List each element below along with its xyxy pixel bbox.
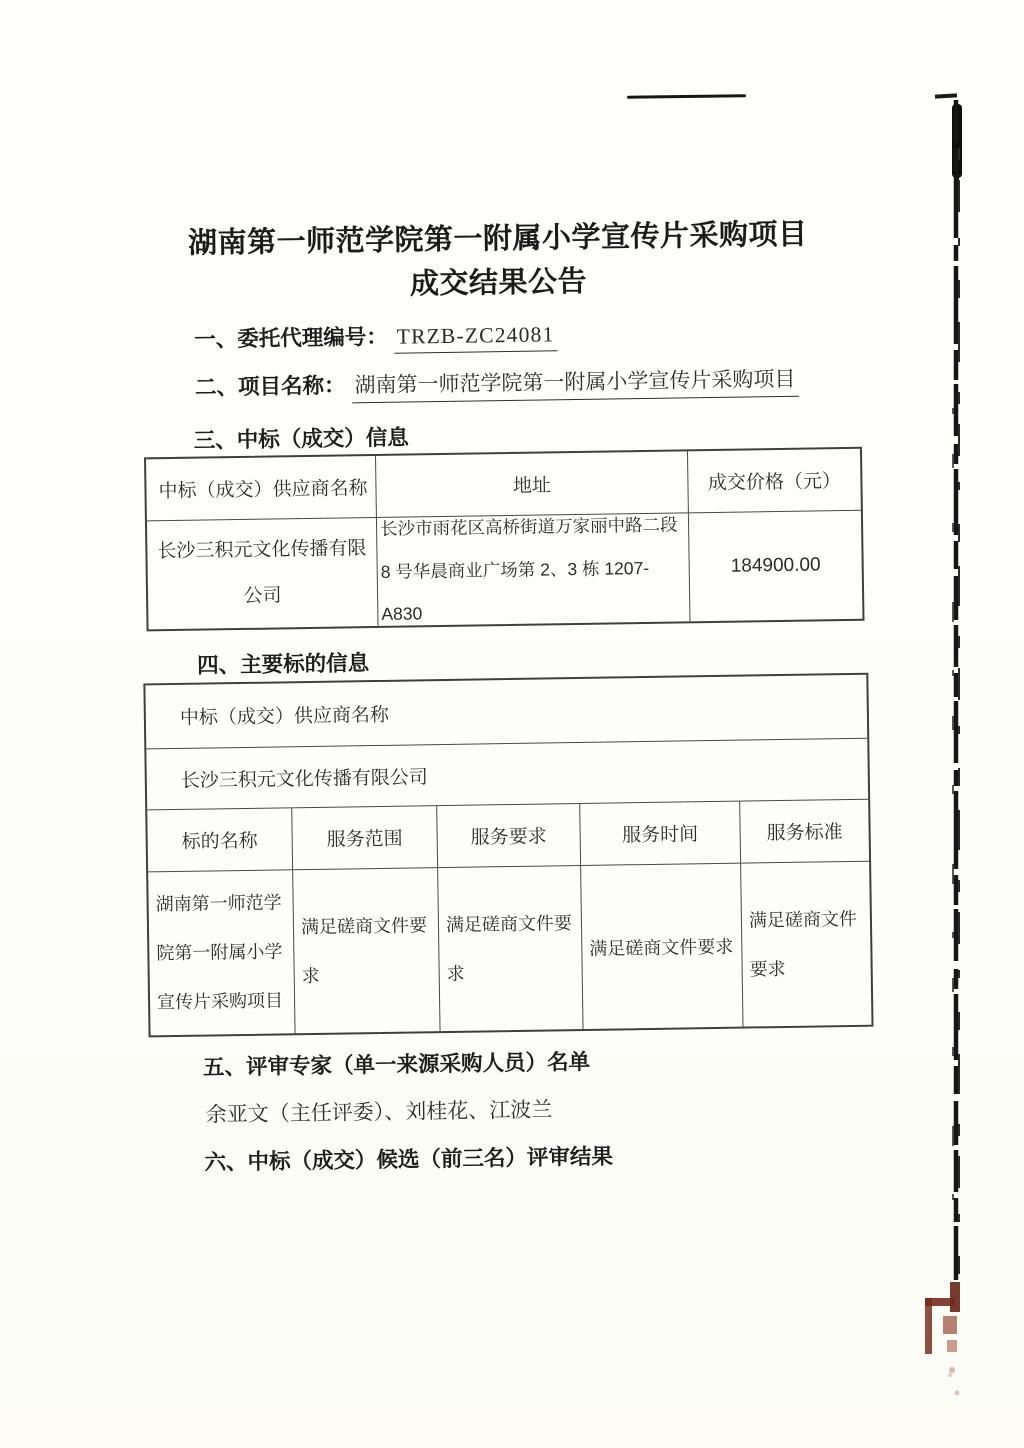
document-content: 湖南第一师范学院第一附属小学宣传片采购项目 成交结果公告 一、委托代理编号： T… (0, 0, 1024, 1448)
award-table: 中标（成交）供应商名称 地址 成交价格（元） 长沙三积元文化传播有限 公司 长沙… (144, 447, 865, 632)
agency-code-value: TRZB-ZC24081 (394, 322, 558, 353)
project-name-label: 二、项目名称： (195, 368, 346, 401)
subject-cell-time: 满足磋商文件要求 (581, 864, 743, 1029)
subject-info-heading: 四、主要标的信息 (197, 646, 369, 680)
award-cell-price: 184900.00 (689, 511, 863, 622)
subject-header-time: 服务时间 (580, 802, 741, 866)
subject-header-name: 标的名称 (147, 808, 293, 872)
subject-supplier-value: 长沙三积元文化传播有限公司 (146, 739, 868, 811)
project-name-value: 湖南第一师范学院第一附属小学宣传片采购项目 (351, 363, 798, 404)
experts-heading: 五、评审专家（单一来源采购人员）名单 (203, 1045, 590, 1082)
subject-cell-requirement: 满足磋商文件要 求 (438, 866, 583, 1031)
subject-table: 中标（成交）供应商名称 长沙三积元文化传播有限公司 标的名称 服务范围 服务要求… (143, 673, 873, 1038)
section-project-name: 二、项目名称： 湖南第一师范学院第一附属小学宣传片采购项目 (195, 362, 799, 406)
agency-code-label: 一、委托代理编号： (194, 320, 388, 354)
subject-header-requirement: 服务要求 (437, 804, 581, 868)
award-header-supplier: 中标（成交）供应商名称 (146, 456, 377, 521)
award-header-address: 地址 (376, 451, 689, 518)
award-info-heading: 三、中标（成交）信息 (194, 421, 409, 455)
scan-binding-edge-artifact (905, 88, 1005, 1408)
subject-cell-scope: 满足磋商文件要 求 (293, 868, 440, 1033)
scanned-page: 湖南第一师范学院第一附属小学宣传片采购项目 成交结果公告 一、委托代理编号： T… (0, 0, 1024, 1448)
subject-header-standard: 服务标准 (740, 800, 869, 864)
award-cell-supplier: 长沙三积元文化传播有限 公司 (147, 518, 379, 629)
subject-cell-name: 湖南第一师范学 院第一附属小学 宣传片采购项目 (148, 870, 295, 1035)
subject-supplier-label: 中标（成交）供应商名称 (145, 675, 867, 750)
candidates-heading: 六、中标（成交）候选（前三名）评审结果 (204, 1140, 613, 1177)
subject-cell-standard: 满足磋商文件 要求 (741, 862, 871, 1027)
experts-names: 余亚文（主任评委）、刘桂花、江波兰 (206, 1093, 553, 1128)
subject-header-scope: 服务范围 (292, 806, 438, 870)
section-agency-code: 一、委托代理编号： TRZB-ZC24081 (194, 317, 558, 356)
award-header-price: 成交价格（元） (688, 449, 861, 514)
award-cell-address: 长沙市雨花区高桥街道万家丽中路二段 8 号华晨商业广场第 2、3 栋 1207-… (377, 513, 691, 626)
